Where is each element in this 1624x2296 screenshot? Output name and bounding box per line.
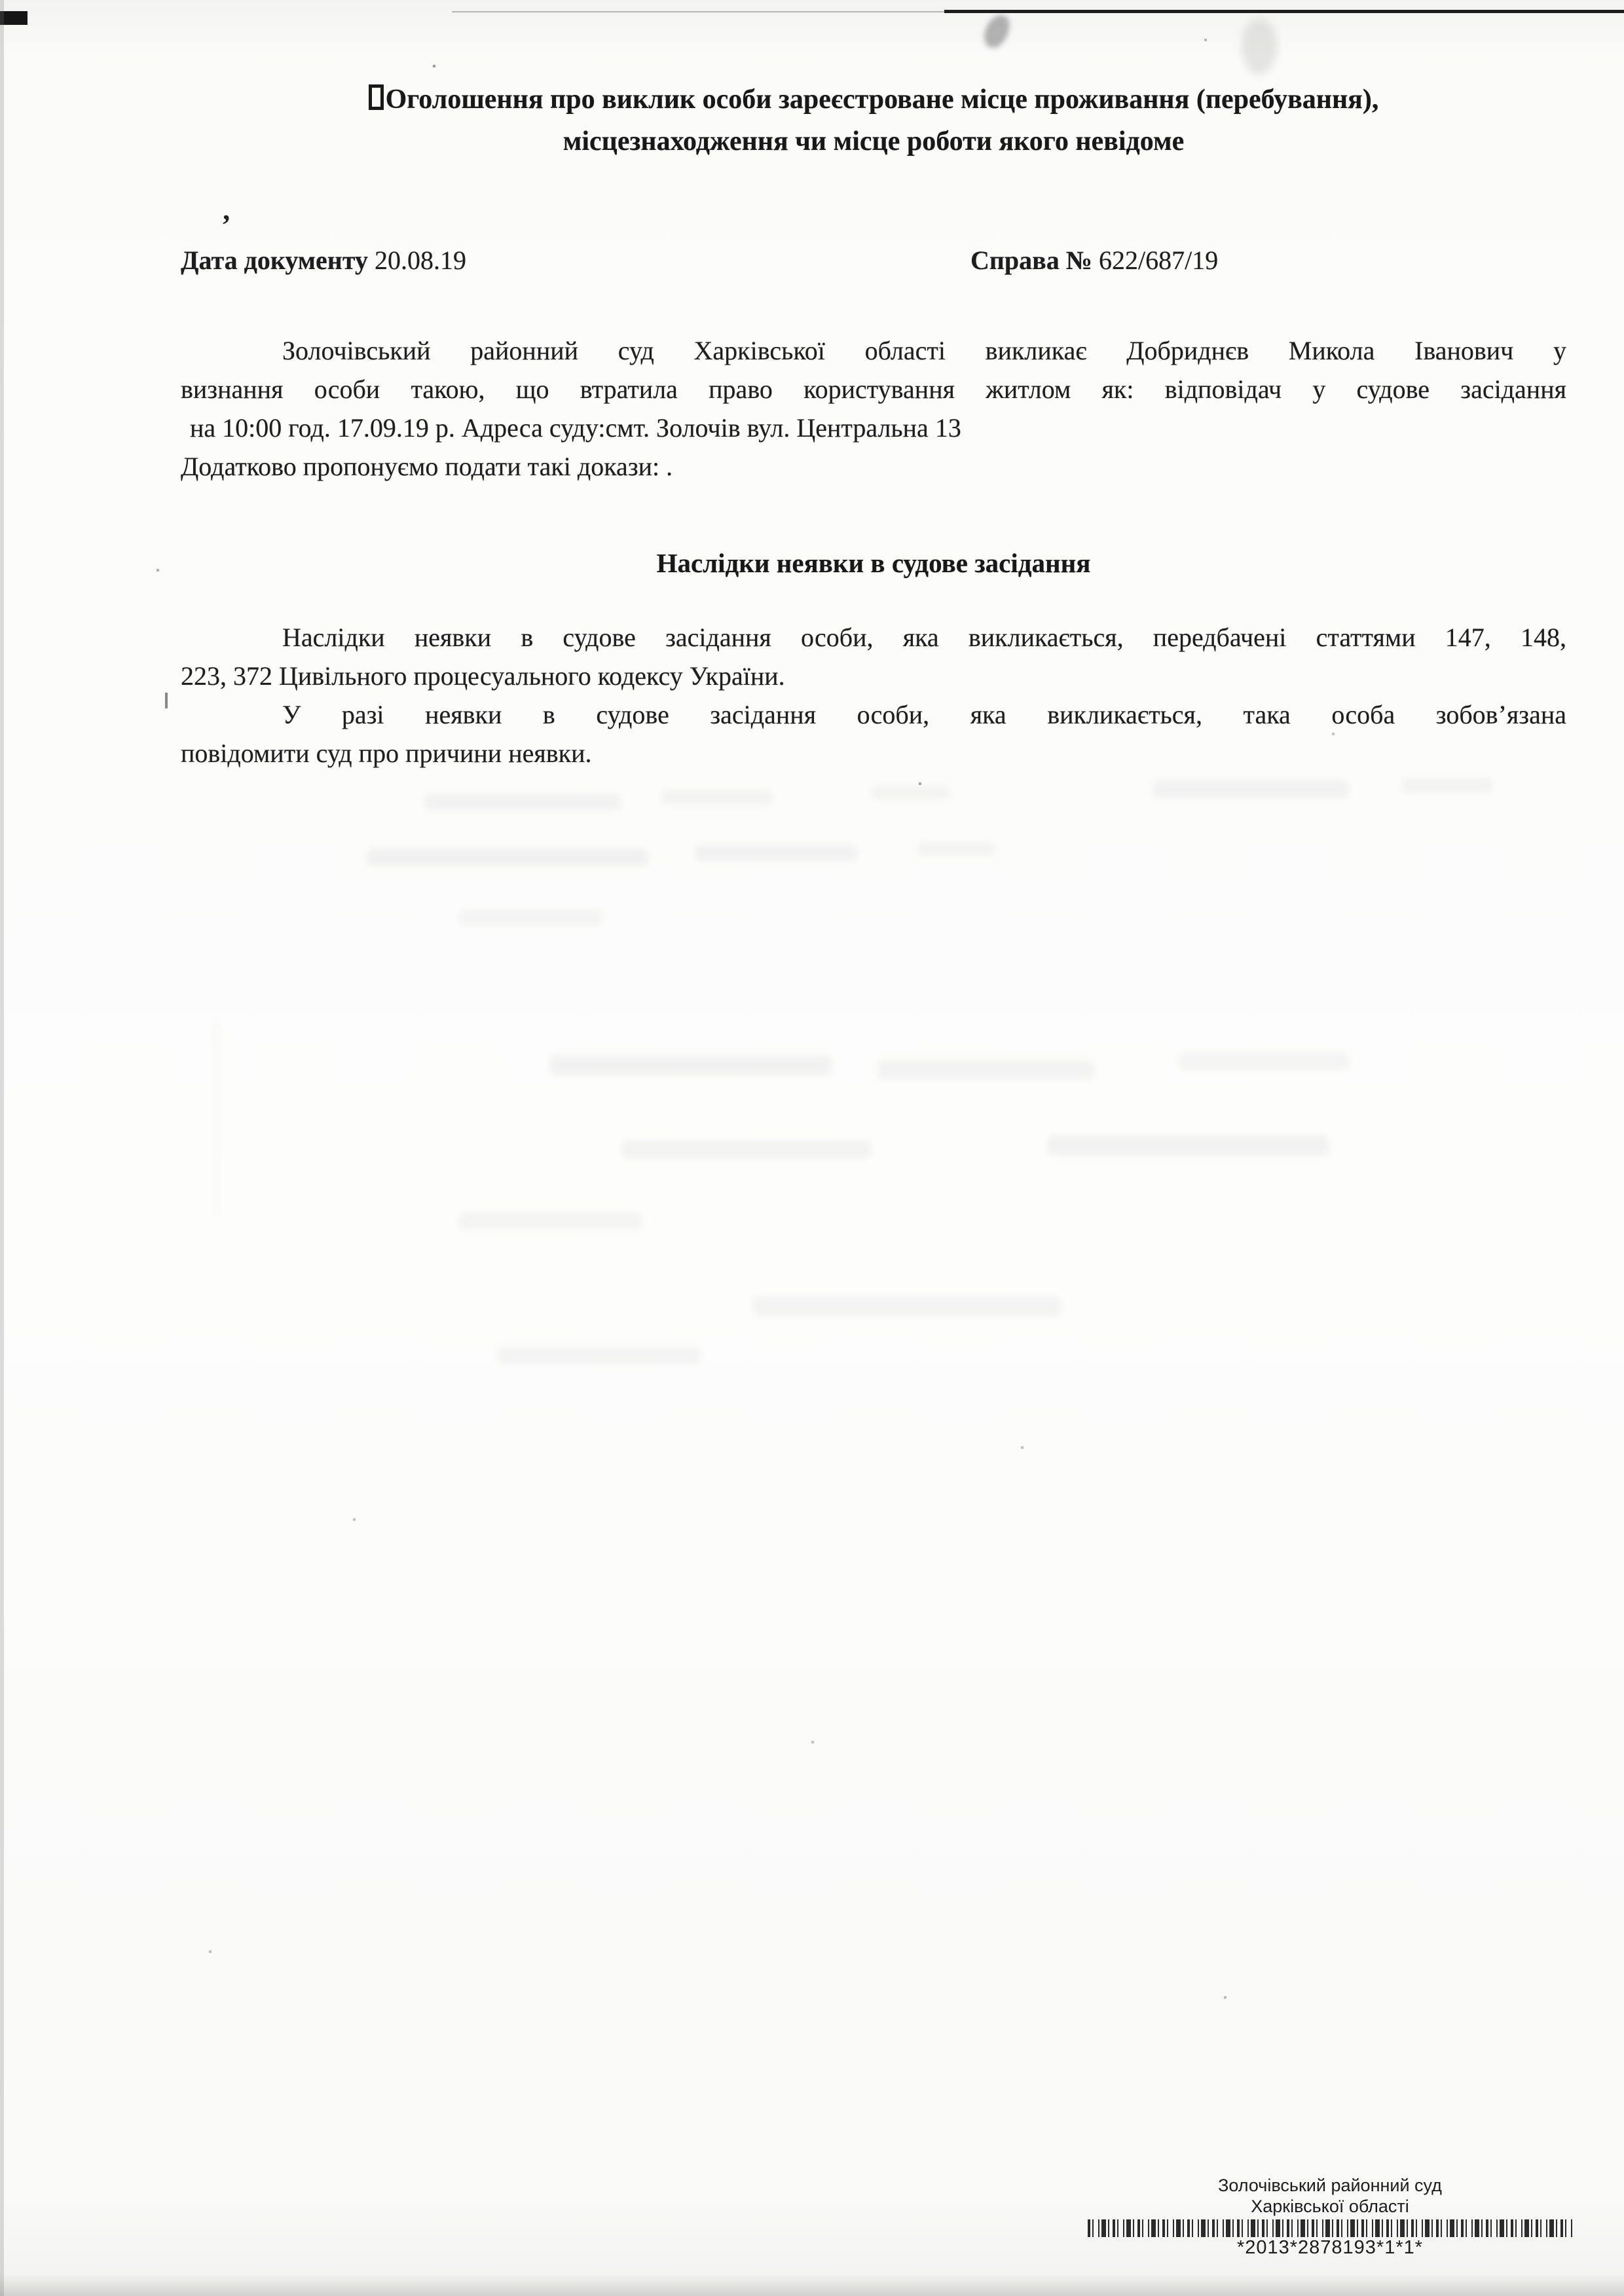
footer-court-name-line1: Золочівський районний суд <box>1080 2175 1579 2196</box>
court-barcode-footer: Золочівський районний суд Харківської об… <box>1080 2175 1579 2259</box>
document-title: Оголошення про виклик особи зареєстрован… <box>181 79 1566 162</box>
paragraph-line: 223, 372 Цивільного процесуального кодек… <box>181 657 1566 695</box>
title-text-1: Оголошення про виклик особи зареєстрован… <box>386 84 1379 115</box>
title-line-2: місцезнаходження чи місце роботи якого н… <box>181 120 1566 162</box>
bleed-through-mark <box>917 842 995 856</box>
paragraph-line: У разі неявки в судове засідання особи, … <box>181 695 1566 734</box>
title-line-1: Оголошення про виклик особи зареєстрован… <box>181 79 1566 120</box>
bleed-through-mark <box>1048 1136 1329 1156</box>
case-value: 622/687/19 <box>1099 246 1218 275</box>
summons-paragraph: Золочівський районний суд Харківської об… <box>181 331 1566 486</box>
bleed-through-mark <box>367 848 648 867</box>
scan-smudge <box>981 12 1012 51</box>
scanned-document-page: ’ Оголошення про виклик особи зареєстров… <box>0 0 1624 2296</box>
scan-left-edge-shadow <box>0 0 4 2296</box>
bleed-through-mark <box>1179 1053 1349 1070</box>
scan-corner-artifact <box>0 11 28 25</box>
paragraph-line: Додатково пропонуємо подати такі докази:… <box>181 447 1566 486</box>
case-label: Справа № <box>970 246 1092 275</box>
bleed-through-mark <box>215 1021 218 1218</box>
bleed-through-mark <box>661 790 773 805</box>
bleed-through-mark <box>622 1140 871 1159</box>
bleed-through-mark <box>458 910 602 926</box>
bleed-through-mark <box>550 1055 832 1075</box>
bleed-through-mark <box>1401 778 1493 793</box>
paragraph-line: на 10:00 год. 17.09.19 р. Адреса суду:см… <box>181 409 1566 447</box>
bleed-through-mark <box>877 1061 1094 1079</box>
missing-character-box-icon <box>369 84 384 110</box>
bleed-through-mark <box>753 1296 1061 1316</box>
stray-ink-mark: ’ <box>221 208 231 242</box>
consequences-paragraph: Наслідки неявки в судове засідання особи… <box>181 618 1566 773</box>
paragraph-line: Наслідки неявки в судове засідання особи… <box>181 618 1566 657</box>
scan-bottom-edge-shadow <box>0 2274 1624 2296</box>
scan-noise-speckles <box>0 0 1 1</box>
bleed-through-mark <box>498 1347 701 1364</box>
bleed-through-mark <box>424 793 621 811</box>
scan-top-edge-line <box>944 10 1624 13</box>
scan-top-edge-line-faint <box>452 11 944 12</box>
barcode-number: *2013*2878193*1*1* <box>1080 2237 1579 2259</box>
bleed-through-mark <box>871 786 950 800</box>
section-heading: Наслідки неявки в судове засідання <box>181 547 1566 579</box>
bleed-through-mark <box>1153 780 1349 799</box>
date-value: 20.08.19 <box>375 246 466 275</box>
paragraph-line: Золочівський районний суд Харківської об… <box>181 331 1566 370</box>
date-label: Дата документу <box>181 246 368 275</box>
paragraph-line: повідомити суд про причини неявки. <box>181 734 1566 773</box>
bleed-through-mark <box>458 1212 642 1230</box>
footer-court-name-line2: Харківської області <box>1080 2196 1579 2217</box>
paragraph-line: визнання особи такою, що втратила право … <box>181 370 1566 409</box>
case-number: Справа № 622/687/19 <box>970 245 1218 276</box>
barcode-icon <box>1088 2219 1572 2237</box>
document-date: Дата документу 20.08.19 <box>181 245 466 276</box>
scan-smudge <box>1242 18 1277 75</box>
bleed-through-mark <box>694 845 858 862</box>
stray-ink-mark <box>165 693 168 708</box>
